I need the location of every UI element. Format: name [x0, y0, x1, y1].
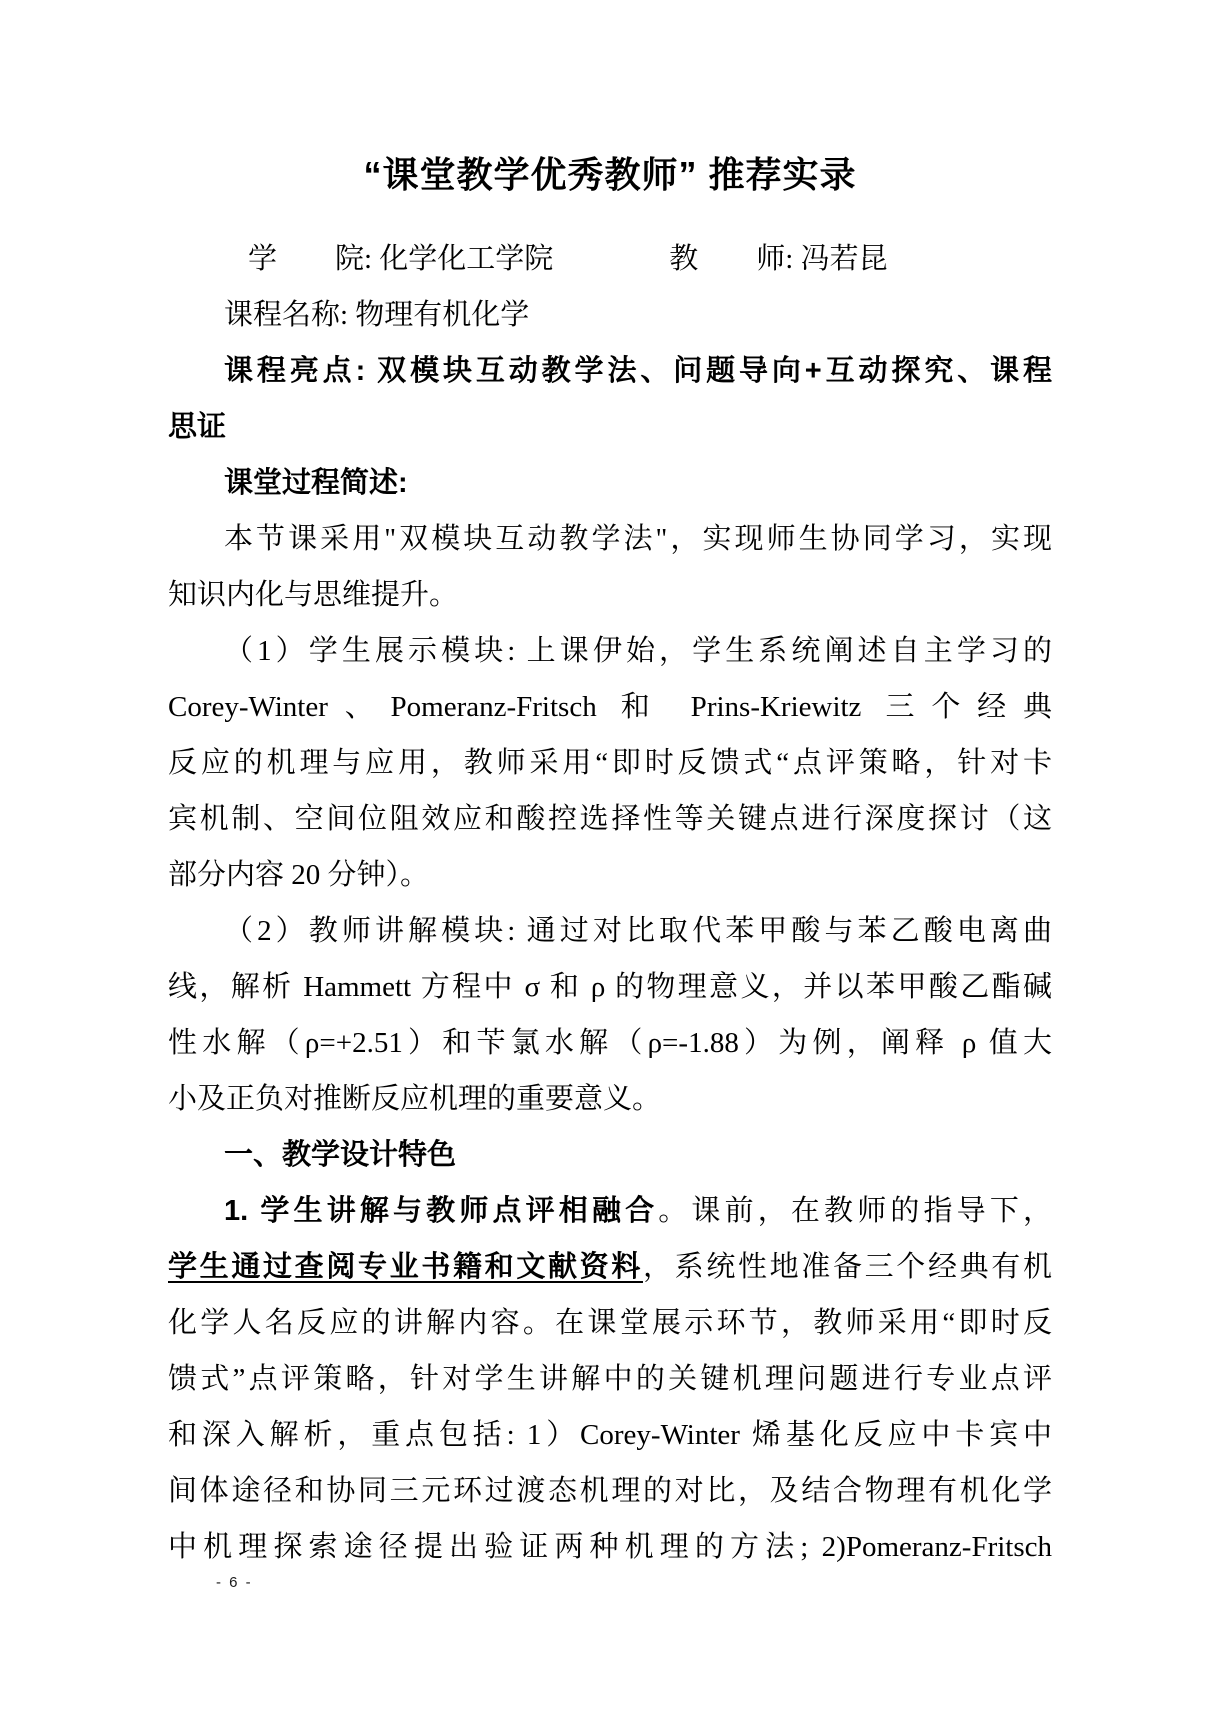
text-line: （1）学生展示模块: 上课伊始，学生系统阐述自主学习的: [168, 623, 1052, 679]
text-run: Corey-Winter、Pomeranz-Fritsch 和 Prins-Kr…: [168, 691, 1052, 723]
text-line: 化学人名反应的讲解内容。在课堂展示环节，教师采用“即时反: [168, 1295, 1052, 1351]
bold-text-run: 1. 学生讲解与教师点评相融合: [224, 1195, 658, 1227]
bold-text-run: 一、教学设计特色: [224, 1139, 456, 1171]
text-line: 中机理探索途径提出验证两种机理的方法; 2)Pomeranz-Fritsch: [168, 1519, 1052, 1575]
bold-text-run: 学生通过查阅专业书籍和文献资料: [168, 1251, 643, 1283]
text-run: 宾机制、空间位阻效应和酸控选择性等关键点进行深度探讨（这: [168, 803, 1052, 835]
bold-text-run: 思证: [168, 411, 226, 443]
text-line: 1. 学生讲解与教师点评相融合。课前，在教师的指导下，: [168, 1183, 1052, 1239]
page-number: - 6 -: [216, 1574, 253, 1591]
text-line: 学生通过查阅专业书籍和文献资料，系统性地准备三个经典有机: [168, 1239, 1052, 1295]
text-run: 馈式”点评策略，针对学生讲解中的关键机理问题进行专业点评: [168, 1363, 1052, 1395]
text-run: 。课前，在教师的指导下，: [658, 1195, 1052, 1227]
document-title: “课堂教学优秀教师” 推荐实录: [0, 152, 1220, 198]
text-run: 知识内化与思维提升。: [168, 579, 458, 611]
bold-text-run: 课堂过程简述:: [224, 467, 408, 499]
text-line: 部分内容 20 分钟）。: [168, 847, 1052, 903]
text-line: 知识内化与思维提升。: [168, 567, 1052, 623]
text-run: 中机理探索途径提出验证两种机理的方法; 2)Pomeranz-Fritsch: [168, 1531, 1052, 1563]
text-run: 和深入解析，重点包括: 1）Corey-Winter 烯基化反应中卡宾中: [168, 1419, 1052, 1451]
text-run: 化学人名反应的讲解内容。在课堂展示环节，教师采用“即时反: [168, 1307, 1052, 1339]
text-line: 学 院: 化学化工学院 教 师: 冯若昆: [168, 231, 1052, 287]
text-line: （2）教师讲解模块: 通过对比取代苯甲酸与苯乙酸电离曲: [168, 903, 1052, 959]
text-run: 性水解（ρ=+2.51）和苄氯水解（ρ=-1.88）为例，阐释 ρ 值大: [168, 1027, 1052, 1059]
document-page: “课堂教学优秀教师” 推荐实录 学 院: 化学化工学院 教 师: 冯若昆课程名称…: [0, 0, 1220, 1722]
text-run: 反应的机理与应用，教师采用“即时反馈式“点评策略，针对卡: [168, 747, 1052, 779]
text-line: 本节课采用"双模块互动教学法"，实现师生协同学习，实现: [168, 511, 1052, 567]
text-run: 间体途径和协同三元环过渡态机理的对比，及结合物理有机化学: [168, 1475, 1052, 1507]
text-line: 思证: [168, 399, 1052, 455]
text-run: （2）教师讲解模块: 通过对比取代苯甲酸与苯乙酸电离曲: [224, 915, 1052, 947]
text-run: 学 院: 化学化工学院 教 师: 冯若昆: [248, 243, 888, 275]
text-line: 和深入解析，重点包括: 1）Corey-Winter 烯基化反应中卡宾中: [168, 1407, 1052, 1463]
text-run: （1）学生展示模块: 上课伊始，学生系统阐述自主学习的: [224, 635, 1052, 667]
text-run: 小及正负对推断反应机理的重要意义。: [168, 1083, 661, 1115]
text-line: 课程名称: 物理有机化学: [168, 287, 1052, 343]
text-line: 线，解析 Hammett 方程中 σ 和 ρ 的物理意义，并以苯甲酸乙酯碱: [168, 959, 1052, 1015]
text-line: 一、教学设计特色: [168, 1127, 1052, 1183]
text-run: 本节课采用"双模块互动教学法"，实现师生协同学习，实现: [224, 523, 1052, 555]
text-line: 性水解（ρ=+2.51）和苄氯水解（ρ=-1.88）为例，阐释 ρ 值大: [168, 1015, 1052, 1071]
text-line: Corey-Winter、Pomeranz-Fritsch 和 Prins-Kr…: [168, 679, 1052, 735]
document-body: 学 院: 化学化工学院 教 师: 冯若昆课程名称: 物理有机化学课程亮点: 双模…: [168, 231, 1052, 1575]
bold-text-run: 课程亮点: 双模块互动教学法、问题导向+互动探究、课程: [224, 355, 1052, 387]
text-run: 线，解析 Hammett 方程中 σ 和 ρ 的物理意义，并以苯甲酸乙酯碱: [168, 971, 1052, 1003]
text-line: 反应的机理与应用，教师采用“即时反馈式“点评策略，针对卡: [168, 735, 1052, 791]
text-line: 间体途径和协同三元环过渡态机理的对比，及结合物理有机化学: [168, 1463, 1052, 1519]
text-run: 课程名称: 物理有机化学: [224, 299, 529, 331]
text-line: 小及正负对推断反应机理的重要意义。: [168, 1071, 1052, 1127]
text-line: 宾机制、空间位阻效应和酸控选择性等关键点进行深度探讨（这: [168, 791, 1052, 847]
text-line: 课堂过程简述:: [168, 455, 1052, 511]
text-run: ，系统性地准备三个经典有机: [643, 1251, 1052, 1283]
text-run: 部分内容 20 分钟）。: [168, 859, 429, 891]
text-line: 课程亮点: 双模块互动教学法、问题导向+互动探究、课程: [168, 343, 1052, 399]
text-line: 馈式”点评策略，针对学生讲解中的关键机理问题进行专业点评: [168, 1351, 1052, 1407]
